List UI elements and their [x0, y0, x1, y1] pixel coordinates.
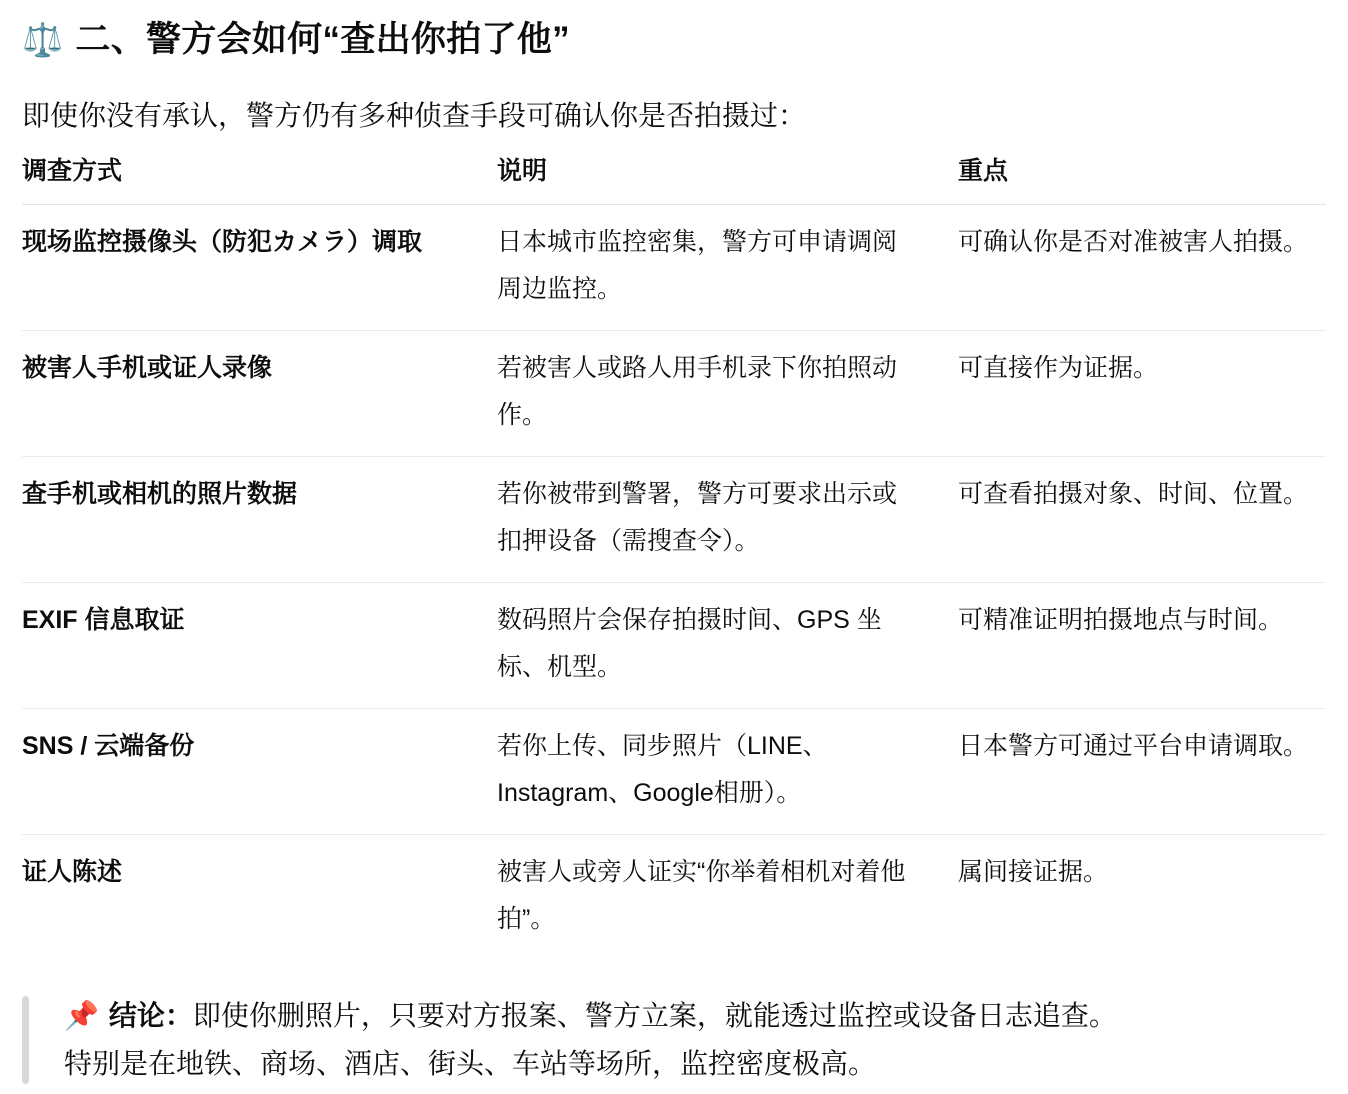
table-row: 现场监控摄像头（防犯カメラ）调取 日本城市监控密集，警方可申请调阅周边监控。 可…: [22, 205, 1326, 331]
scales-icon: ⚖️: [22, 18, 63, 62]
cell-description: 被害人或旁人证实“你举着相机对着他拍”。: [497, 835, 958, 961]
cell-key-point: 属间接证据。: [958, 835, 1326, 961]
table-row: EXIF 信息取证 数码照片会保存拍摄时间、GPS 坐标、机型。 可精准证明拍摄…: [22, 583, 1326, 709]
investigation-methods-table: 调查方式 说明 重点 现场监控摄像头（防犯カメラ）调取 日本城市监控密集，警方可…: [22, 156, 1326, 960]
table-header-row: 调查方式 说明 重点: [22, 156, 1326, 205]
intro-paragraph: 即使你没有承认，警方仍有多种侦查手段可确认你是否拍摄过：: [22, 96, 1326, 136]
cell-key-point: 可确认你是否对准被害人拍摄。: [958, 205, 1326, 331]
table-row: 证人陈述 被害人或旁人证实“你举着相机对着他拍”。 属间接证据。: [22, 835, 1326, 961]
section-heading: ⚖️ 二、警方会如何“查出你拍了他”: [22, 18, 1326, 62]
section-heading-text: 二、警方会如何“查出你拍了他”: [75, 18, 570, 62]
table-row: 被害人手机或证人录像 若被害人或路人用手机录下你拍照动作。 可直接作为证据。: [22, 331, 1326, 457]
cell-key-point: 可精准证明拍摄地点与时间。: [958, 583, 1326, 709]
cell-description: 若你上传、同步照片（LINE、Instagram、Google相册）。: [497, 709, 958, 835]
cell-method: 证人陈述: [22, 835, 497, 961]
document-body: ⚖️ 二、警方会如何“查出你拍了他” 即使你没有承认，警方仍有多种侦查手段可确认…: [0, 0, 1348, 1094]
pushpin-icon: 📌: [64, 1000, 99, 1031]
cell-method: SNS / 云端备份: [22, 709, 497, 835]
conclusion-callout: 📌结论：即使你删照片，只要对方报案、警方立案，就能透过监控或设备日志追查。 特别…: [22, 986, 1326, 1094]
col-header-method: 调查方式: [22, 156, 497, 205]
conclusion-label: 结论：: [109, 1000, 193, 1031]
cell-key-point: 可查看拍摄对象、时间、位置。: [958, 457, 1326, 583]
col-header-description: 说明: [497, 156, 958, 205]
cell-method: 被害人手机或证人录像: [22, 331, 497, 457]
table-row: 查手机或相机的照片数据 若你被带到警署，警方可要求出示或扣押设备（需搜查令）。 …: [22, 457, 1326, 583]
col-header-key-point: 重点: [958, 156, 1326, 205]
table-row: SNS / 云端备份 若你上传、同步照片（LINE、Instagram、Goog…: [22, 709, 1326, 835]
cell-method: 查手机或相机的照片数据: [22, 457, 497, 583]
cell-description: 数码照片会保存拍摄时间、GPS 坐标、机型。: [497, 583, 958, 709]
cell-method: EXIF 信息取证: [22, 583, 497, 709]
conclusion-text-1: 即使你删照片，只要对方报案、警方立案，就能透过监控或设备日志追查。: [193, 1000, 1117, 1031]
conclusion-line-2: 特别是在地铁、商场、酒店、街头、车站等场所，监控密度极高。: [64, 1040, 1326, 1088]
cell-description: 日本城市监控密集，警方可申请调阅周边监控。: [497, 205, 958, 331]
cell-method: 现场监控摄像头（防犯カメラ）调取: [22, 205, 497, 331]
cell-key-point: 可直接作为证据。: [958, 331, 1326, 457]
conclusion-line-1: 📌结论：即使你删照片，只要对方报案、警方立案，就能透过监控或设备日志追查。: [64, 992, 1326, 1040]
cell-description: 若你被带到警署，警方可要求出示或扣押设备（需搜查令）。: [497, 457, 958, 583]
cell-key-point: 日本警方可通过平台申请调取。: [958, 709, 1326, 835]
cell-description: 若被害人或路人用手机录下你拍照动作。: [497, 331, 958, 457]
